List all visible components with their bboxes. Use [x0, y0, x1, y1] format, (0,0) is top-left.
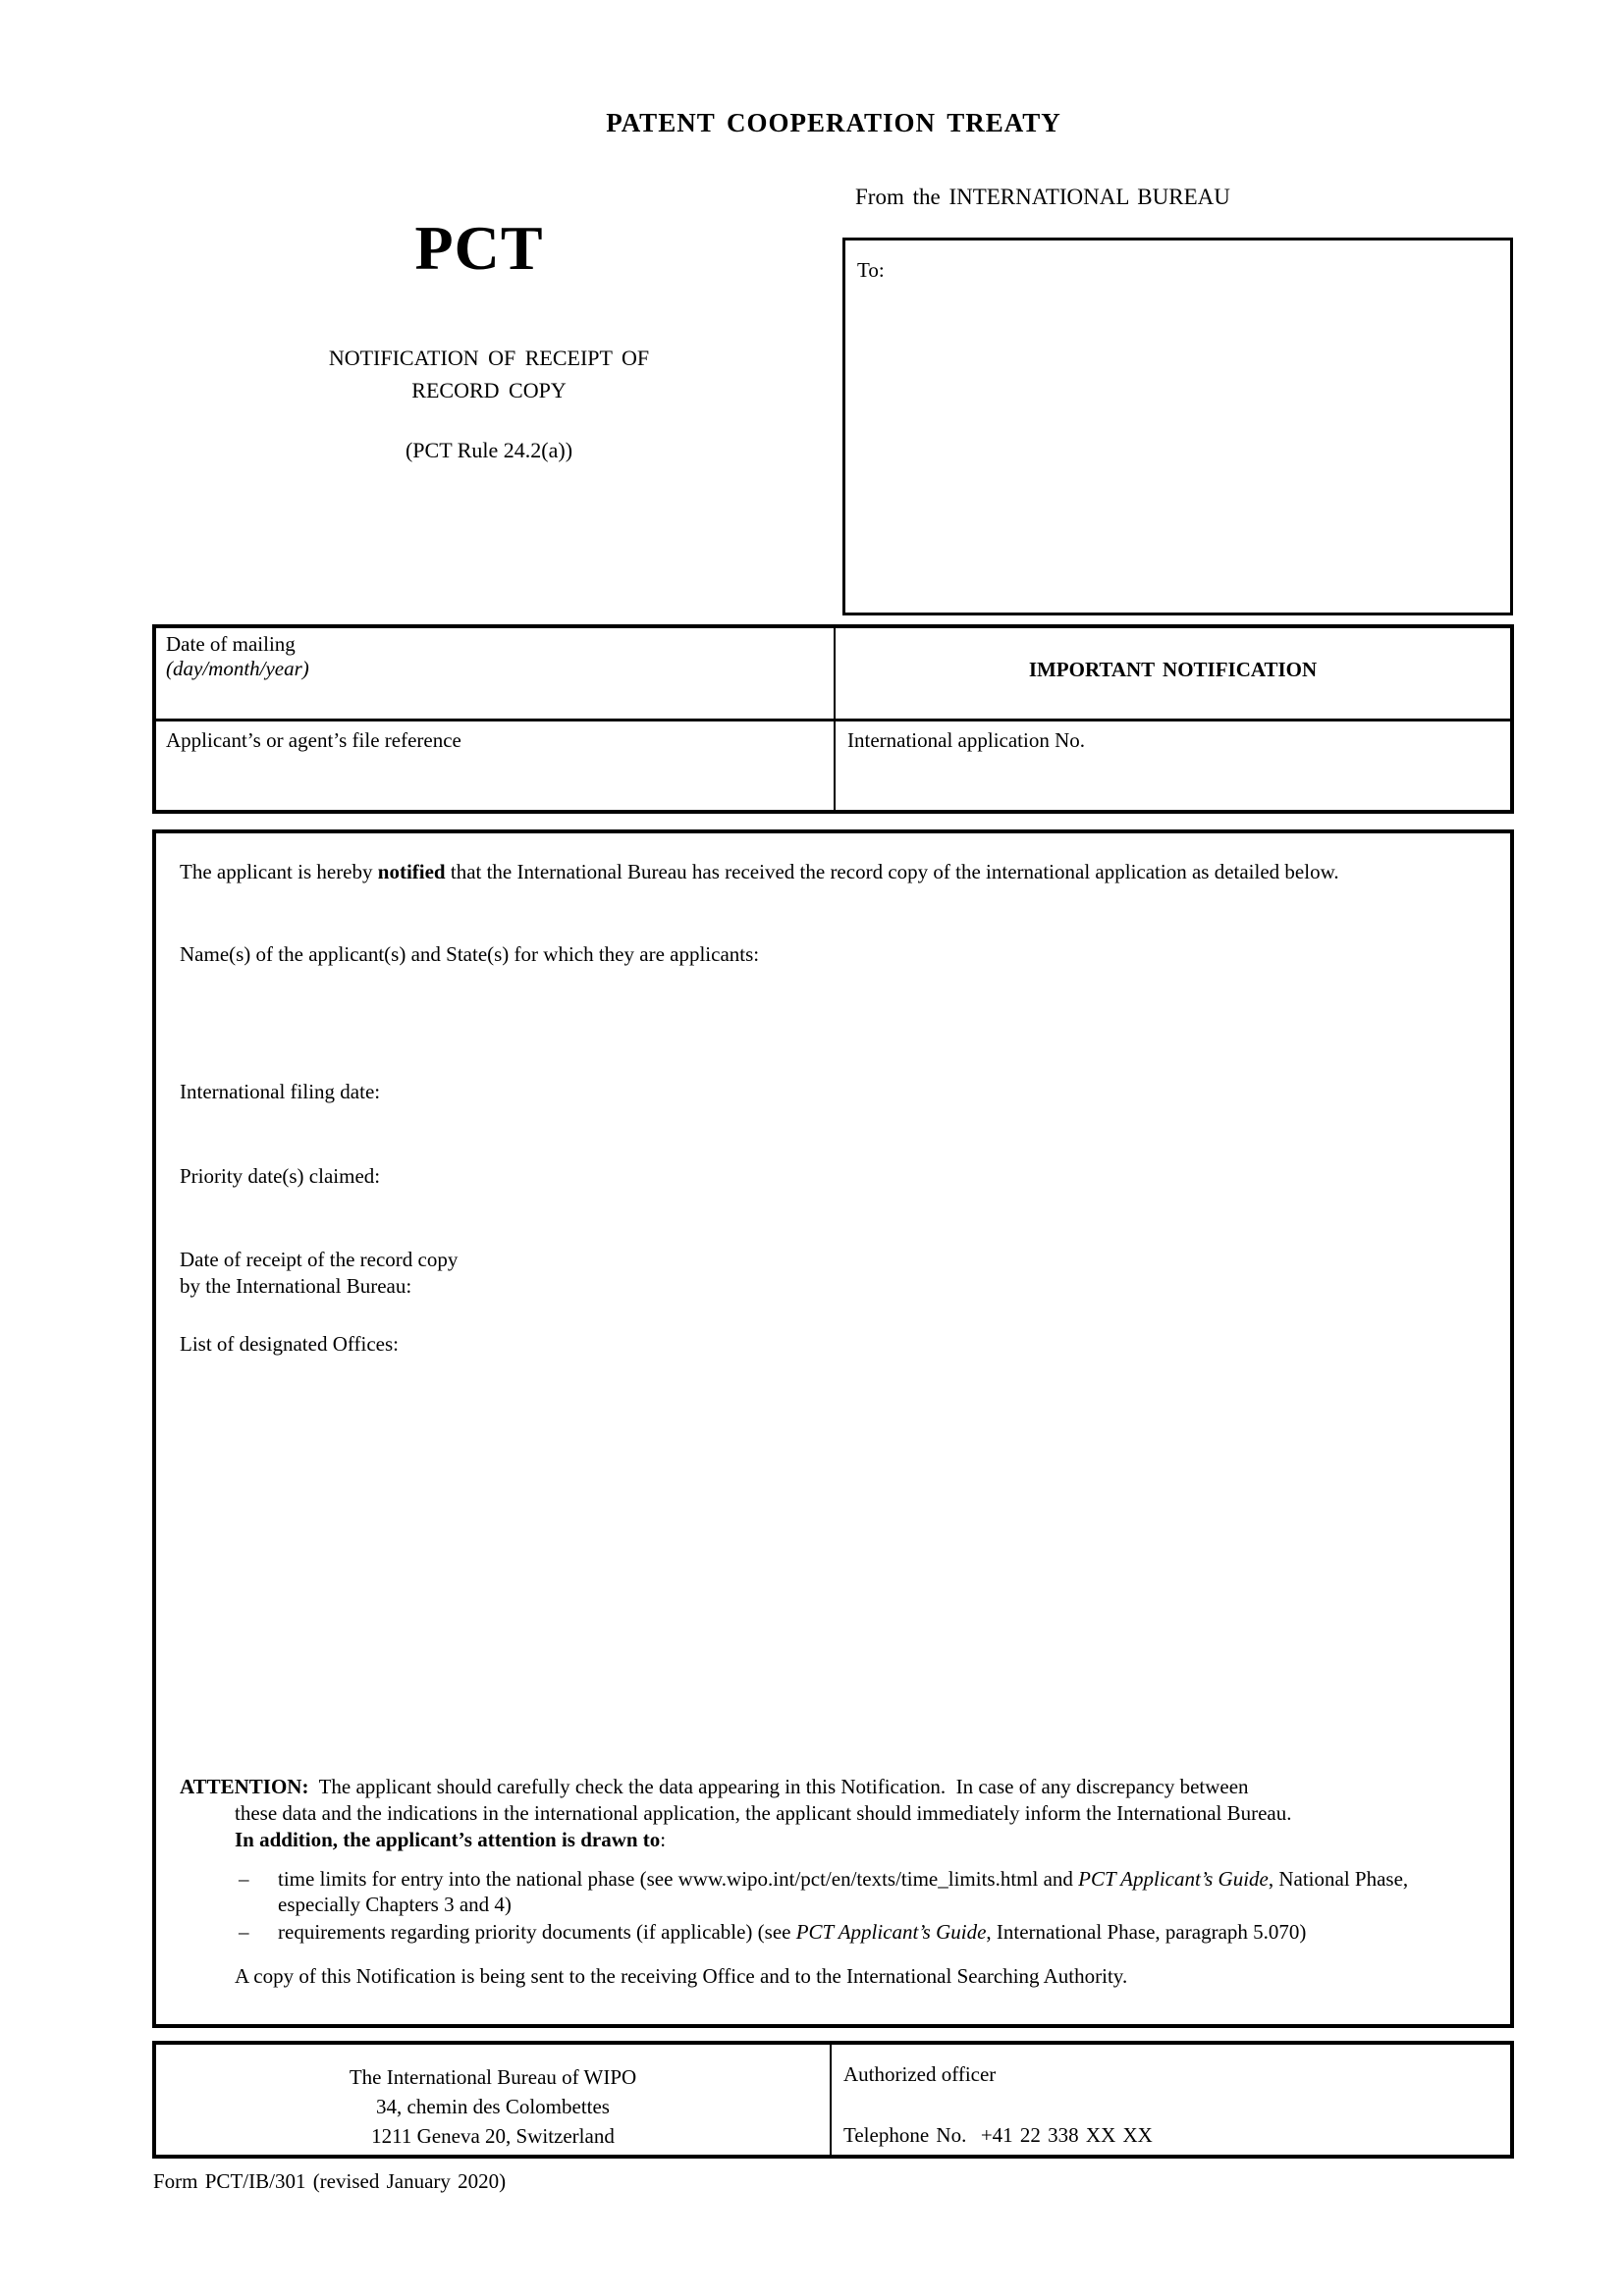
notification-title-line2: RECORD COPY: [245, 374, 732, 406]
telephone-value: +41 22 338 XX XX: [981, 2123, 1153, 2147]
form-identifier: Form PCT/IB/301 (revised January 2020): [153, 2169, 506, 2194]
sender-line: From the INTERNATIONAL BUREAU: [855, 185, 1230, 210]
notification-title-line1: NOTIFICATION OF RECEIPT OF: [245, 342, 732, 374]
file-reference-label: Applicant’s or agent’s file reference: [166, 728, 461, 752]
attention-label: ATTENTION:: [180, 1775, 308, 1798]
info-table: Date of mailing (day/month/year) IMPORTA…: [152, 624, 1514, 814]
table-divider-horizontal: [156, 719, 1510, 721]
international-application-cell[interactable]: International application No.: [847, 728, 1085, 753]
important-notification-label: IMPORTANT NOTIFICATION: [836, 658, 1510, 682]
list-item: – time limits for entry into the nationa…: [180, 1866, 1485, 1917]
file-reference-cell[interactable]: Applicant’s or agent’s file reference: [166, 728, 461, 753]
rule-reference: (PCT Rule 24.2(a)): [245, 438, 732, 463]
list-item: – requirements regarding priority docume…: [180, 1919, 1485, 1945]
telephone-line: Telephone No. +41 22 338 XX XX: [843, 2123, 1153, 2148]
date-of-mailing-label: Date of mailing: [166, 632, 309, 657]
filing-date-label: International filing date:: [180, 1079, 1485, 1105]
applicant-names-label: Name(s) of the applicant(s) and State(s)…: [180, 941, 1485, 968]
international-application-label: International application No.: [847, 728, 1085, 752]
footer-box: The International Bureau of WIPO 34, che…: [152, 2041, 1514, 2159]
notified-emphasis: notified: [378, 860, 446, 883]
pct-mark: PCT: [295, 212, 664, 285]
telephone-label: Telephone No.: [843, 2123, 966, 2147]
priority-dates-label: Priority date(s) claimed:: [180, 1163, 1485, 1190]
intro-paragraph: The applicant is hereby notified that th…: [180, 859, 1485, 885]
receipt-date-label: Date of receipt of the record copy by th…: [180, 1247, 1485, 1300]
designated-offices-label: List of designated Offices:: [180, 1331, 1485, 1358]
notification-body: The applicant is hereby notified that th…: [152, 829, 1514, 2028]
treaty-title: PATENT COOPERATION TREATY: [0, 108, 1624, 138]
attention-notice: ATTENTION: The applicant should carefull…: [180, 1774, 1485, 1853]
wipo-address: The International Bureau of WIPO 34, che…: [156, 2062, 830, 2151]
copy-note: A copy of this Notification is being sen…: [235, 1964, 1127, 1989]
authorized-officer-label: Authorized officer: [843, 2062, 996, 2087]
addressee-box[interactable]: To:: [842, 238, 1513, 615]
footer-divider: [830, 2045, 832, 2155]
dash-bullet-icon: –: [180, 1866, 278, 1917]
date-format-hint: (day/month/year): [166, 657, 309, 681]
to-label: To:: [857, 258, 885, 283]
attention-list: – time limits for entry into the nationa…: [180, 1866, 1485, 1947]
notification-title: NOTIFICATION OF RECEIPT OF RECORD COPY: [245, 342, 732, 406]
dash-bullet-icon: –: [180, 1919, 278, 1945]
date-of-mailing-cell[interactable]: Date of mailing (day/month/year): [166, 632, 309, 681]
